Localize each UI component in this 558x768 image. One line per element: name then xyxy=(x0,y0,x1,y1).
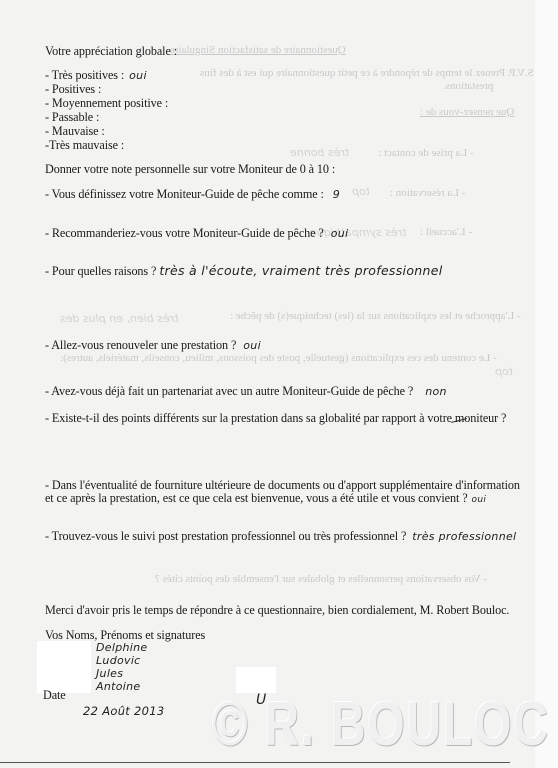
question-answer: oui xyxy=(331,227,349,240)
option-moyennement-positive: - Moyennement positive : xyxy=(45,97,168,110)
date-value: 22 Août 2013 xyxy=(83,704,165,718)
question-label: - Trouvez-vous le suivi post prestation … xyxy=(45,529,406,543)
option-mauvaise: - Mauvaise : xyxy=(45,125,105,138)
redacted-surnames xyxy=(37,641,91,693)
option-label: - Passable : xyxy=(45,110,99,124)
bleed-item-accueil: - L'accueil : xyxy=(420,226,472,238)
question-raisons: - Pour quelles raisons ?très à l'écoute,… xyxy=(45,264,443,278)
question-label: - Recommanderiez-vous votre Moniteur-Gui… xyxy=(45,226,324,240)
date-label: Date xyxy=(43,689,66,702)
question-answer: 9 xyxy=(333,188,340,201)
bleed-subtitle: Que pensez-vous de : xyxy=(420,106,514,118)
question-answer: oui xyxy=(472,495,487,505)
option-positives: - Positives : xyxy=(45,83,101,96)
question-answer: très professionnel xyxy=(412,530,516,543)
bleed-item-contenu: - Le contenu des ces explications (gestu… xyxy=(60,352,497,364)
question-label: - Avez-vous déjà fait un partenariat ave… xyxy=(45,384,413,398)
option-label: - Mauvaise : xyxy=(45,124,105,138)
bleed-item-approche: - L'approche et les explications sur la … xyxy=(230,310,521,322)
question-suivi: - Trouvez-vous le suivi post prestation … xyxy=(45,530,516,543)
bleed-intro-2: prestations. xyxy=(443,80,493,92)
copyright-watermark: © R. BOULOC xyxy=(212,694,550,756)
question-moniteur-note: - Vous définissez votre Moniteur-Guide d… xyxy=(45,188,340,201)
question-label: - Allez-vous renouveler une prestation ? xyxy=(45,338,236,352)
question-renouveler: - Allez-vous renouveler une prestation ?… xyxy=(45,339,261,352)
bleed-item-reservation: - La réservation : xyxy=(390,187,465,199)
option-label: - Très positives : xyxy=(45,68,124,82)
appreciation-heading: Votre appréciation globale : xyxy=(45,45,177,58)
question-answer: non xyxy=(425,385,447,398)
option-label: - Positives : xyxy=(45,82,101,96)
closing-message: Merci d'avoir pris le temps de répondre … xyxy=(45,604,509,617)
question-answer: oui xyxy=(243,339,261,352)
option-tres-positives: - Très positives :oui xyxy=(45,69,147,82)
bleed-answer-contact: très bonne xyxy=(290,146,349,159)
option-answer: oui xyxy=(129,69,147,82)
option-label: -Très mauvaise : xyxy=(45,138,124,152)
scan-margin xyxy=(535,0,558,768)
signature-name-3: Jules xyxy=(96,667,123,680)
bleed-title: Questionnaire de satisfaction Singulaire xyxy=(170,44,346,56)
question-partenariat: - Avez-vous déjà fait un partenariat ave… xyxy=(45,385,447,398)
question-label: - Pour quelles raisons ? xyxy=(45,264,156,278)
bleed-intro-1: S.V.P. Prenez le temps de répondre à ce … xyxy=(200,67,534,79)
signature-name-2: Ludovic xyxy=(96,654,141,667)
question-label: - Existe-t-il des points différents sur … xyxy=(45,411,506,425)
question-label: et ce après la prestation, est ce que ce… xyxy=(45,491,468,505)
option-tres-mauvaise: -Très mauvaise : xyxy=(45,139,124,152)
question-recommander: - Recommanderiez-vous votre Moniteur-Gui… xyxy=(45,227,348,240)
rating-prompt: Donner votre note personnelle sur votre … xyxy=(45,163,335,176)
signature-name-4: Antoine xyxy=(96,680,140,693)
question-points-differents: - Existe-t-il des points différents sur … xyxy=(45,412,506,425)
bleed-answer-approche: très bien, en plus des xyxy=(60,312,179,325)
question-documents-line2: et ce après la prestation, est ce que ce… xyxy=(45,492,486,507)
signature-name-1: Delphine xyxy=(96,641,147,654)
page-bottom-edge xyxy=(0,762,510,763)
option-passable: - Passable : xyxy=(45,111,99,124)
bleed-answer-reservation: top xyxy=(352,185,370,198)
question-label: - Dans l'éventualité de fourniture ultér… xyxy=(45,478,520,492)
question-label: - Vous définissez votre Moniteur-Guide d… xyxy=(45,187,324,201)
bleed-answer-contenu: top xyxy=(495,365,513,378)
option-label: - Moyennement positive : xyxy=(45,96,168,110)
question-answer: très à l'écoute, vraiment très professio… xyxy=(159,263,442,278)
bleed-item-observations: - Vos observations personnelles et globa… xyxy=(155,573,487,585)
bleed-item-contact: - La prise de contact : xyxy=(378,147,474,159)
